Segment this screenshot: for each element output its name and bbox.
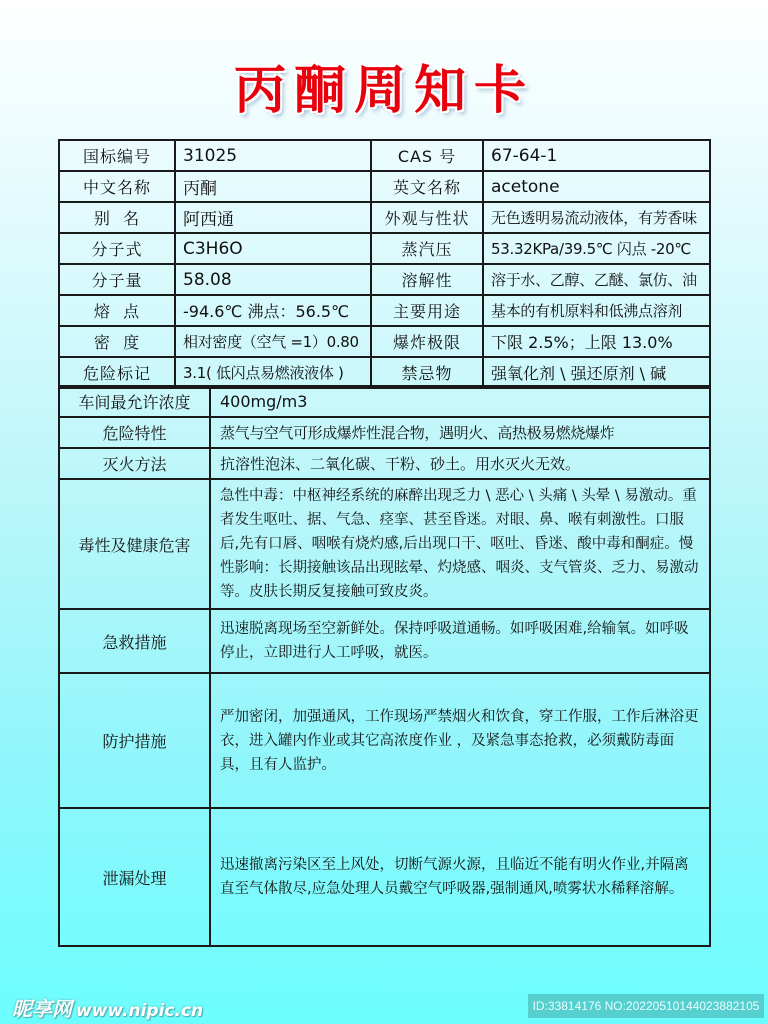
label-hazard-characteristics: 危险特性 (59, 417, 210, 448)
label-appearance: 外观与性状 (371, 202, 483, 233)
label-vapor-pressure: 蒸汽压 (371, 233, 483, 264)
table-row: 中文名称 丙酮 英文名称 acetone (59, 171, 710, 202)
table-row: 防护措施 严加密闭，加强通风，工作现场严禁烟火和饮食，穿工作服，工作后淋浴更衣，… (59, 673, 710, 808)
label-alias: 别 名 (59, 202, 175, 233)
value-density: 相对密度（空气 =1）0.80 (175, 326, 371, 357)
label-chinese-name: 中文名称 (59, 171, 175, 202)
label-incompatibles: 禁忌物 (371, 357, 483, 388)
table-row: 灭火方法 抗溶性泡沫、二氧化碳、干粉、砂土。用水灭火无效。 (59, 448, 710, 479)
value-main-use: 基本的有机原料和低沸点溶剂 (483, 295, 710, 326)
label-hazard-mark: 危险标记 (59, 357, 175, 388)
value-protection: 严加密闭，加强通风，工作现场严禁烟火和饮食，穿工作服，工作后淋浴更衣，进入罐内作… (210, 673, 710, 808)
value-english-name: acetone (483, 171, 710, 202)
watermark-image-id: ID:33814176 NO:20220510144023882105 (528, 994, 764, 1018)
safety-table: 车间最允许浓度 400mg/m3 危险特性 蒸气与空气可形成爆炸性混合物，遇明火… (58, 385, 711, 947)
value-health-hazard: 急性中毒：中枢神经系统的麻醉出现乏力 \ 恶心 \ 头痛 \ 头晕 \ 易激动。… (210, 479, 710, 609)
properties-table: 国标编号 31025 CAS 号 67-64-1 中文名称 丙酮 英文名称 ac… (58, 139, 711, 389)
label-health-hazard: 毒性及健康危害 (59, 479, 210, 609)
value-solubility: 溶于水、乙醇、乙醚、氯仿、油 (483, 264, 710, 295)
table-row: 密 度 相对密度（空气 =1）0.80 爆炸极限 下限 2.5%；上限 13.0… (59, 326, 710, 357)
table-row: 熔 点 -94.6℃ 沸点：56.5℃ 主要用途 基本的有机原料和低沸点溶剂 (59, 295, 710, 326)
value-workplace-limit: 400mg/m3 (210, 386, 710, 417)
value-leak-handling: 迅速撤离污染区至上风处，切断气源火源，且临近不能有明火作业,并隔离直至气体散尽,… (210, 808, 710, 946)
value-molecular-weight: 58.08 (175, 264, 371, 295)
watermark-logo-text: 昵享网 (12, 997, 72, 1021)
label-workplace-limit: 车间最允许浓度 (59, 386, 210, 417)
value-incompatibles: 强氧化剂 \ 强还原剂 \ 碱 (483, 357, 710, 388)
label-leak-handling: 泄漏处理 (59, 808, 210, 946)
label-melting-point: 熔 点 (59, 295, 175, 326)
table-row: 毒性及健康危害 急性中毒：中枢神经系统的麻醉出现乏力 \ 恶心 \ 头痛 \ 头… (59, 479, 710, 609)
label-protection: 防护措施 (59, 673, 210, 808)
value-chinese-name: 丙酮 (175, 171, 371, 202)
label-first-aid: 急救措施 (59, 609, 210, 673)
table-row: 别 名 阿西通 外观与性状 无色透明易流动液体，有芳香味 (59, 202, 710, 233)
table-row: 分子式 C3H6O 蒸汽压 53.32KPa/39.5℃ 闪点 -20℃ (59, 233, 710, 264)
value-first-aid: 迅速脱离现场至空新鲜处。保持呼吸道通畅。如呼吸困难,给输氧。如呼吸停止，立即进行… (210, 609, 710, 673)
table-row: 急救措施 迅速脱离现场至空新鲜处。保持呼吸道通畅。如呼吸困难,给输氧。如呼吸停止… (59, 609, 710, 673)
label-cas-number: CAS 号 (371, 140, 483, 171)
label-gb-number: 国标编号 (59, 140, 175, 171)
table-row: 车间最允许浓度 400mg/m3 (59, 386, 710, 417)
label-explosion-limit: 爆炸极限 (371, 326, 483, 357)
watermark-url: www.nipic.cn (76, 1001, 203, 1021)
value-gb-number: 31025 (175, 140, 371, 171)
watermark-logo: 昵享网www.nipic.cn (12, 993, 203, 1022)
table-row: 泄漏处理 迅速撤离污染区至上风处，切断气源火源，且临近不能有明火作业,并隔离直至… (59, 808, 710, 946)
value-alias: 阿西通 (175, 202, 371, 233)
value-hazard-mark: 3.1( 低闪点易燃液液体 ) (175, 357, 371, 388)
label-solubility: 溶解性 (371, 264, 483, 295)
label-fire-fighting: 灭火方法 (59, 448, 210, 479)
table-row: 危险特性 蒸气与空气可形成爆炸性混合物，遇明火、高热极易燃烧爆炸 (59, 417, 710, 448)
value-vapor-pressure: 53.32KPa/39.5℃ 闪点 -20℃ (483, 233, 710, 264)
value-appearance: 无色透明易流动液体，有芳香味 (483, 202, 710, 233)
value-cas-number: 67-64-1 (483, 140, 710, 171)
label-main-use: 主要用途 (371, 295, 483, 326)
value-hazard-characteristics: 蒸气与空气可形成爆炸性混合物，遇明火、高热极易燃烧爆炸 (210, 417, 710, 448)
table-row: 国标编号 31025 CAS 号 67-64-1 (59, 140, 710, 171)
table-row: 分子量 58.08 溶解性 溶于水、乙醇、乙醚、氯仿、油 (59, 264, 710, 295)
label-density: 密 度 (59, 326, 175, 357)
value-explosion-limit: 下限 2.5%；上限 13.0% (483, 326, 710, 357)
value-fire-fighting: 抗溶性泡沫、二氧化碳、干粉、砂土。用水灭火无效。 (210, 448, 710, 479)
value-melting-point: -94.6℃ 沸点：56.5℃ (175, 295, 371, 326)
label-molecular-weight: 分子量 (59, 264, 175, 295)
value-formula: C3H6O (175, 233, 371, 264)
label-formula: 分子式 (59, 233, 175, 264)
page-title: 丙酮周知卡 (0, 48, 768, 123)
table-row: 危险标记 3.1( 低闪点易燃液液体 ) 禁忌物 强氧化剂 \ 强还原剂 \ 碱 (59, 357, 710, 388)
label-english-name: 英文名称 (371, 171, 483, 202)
